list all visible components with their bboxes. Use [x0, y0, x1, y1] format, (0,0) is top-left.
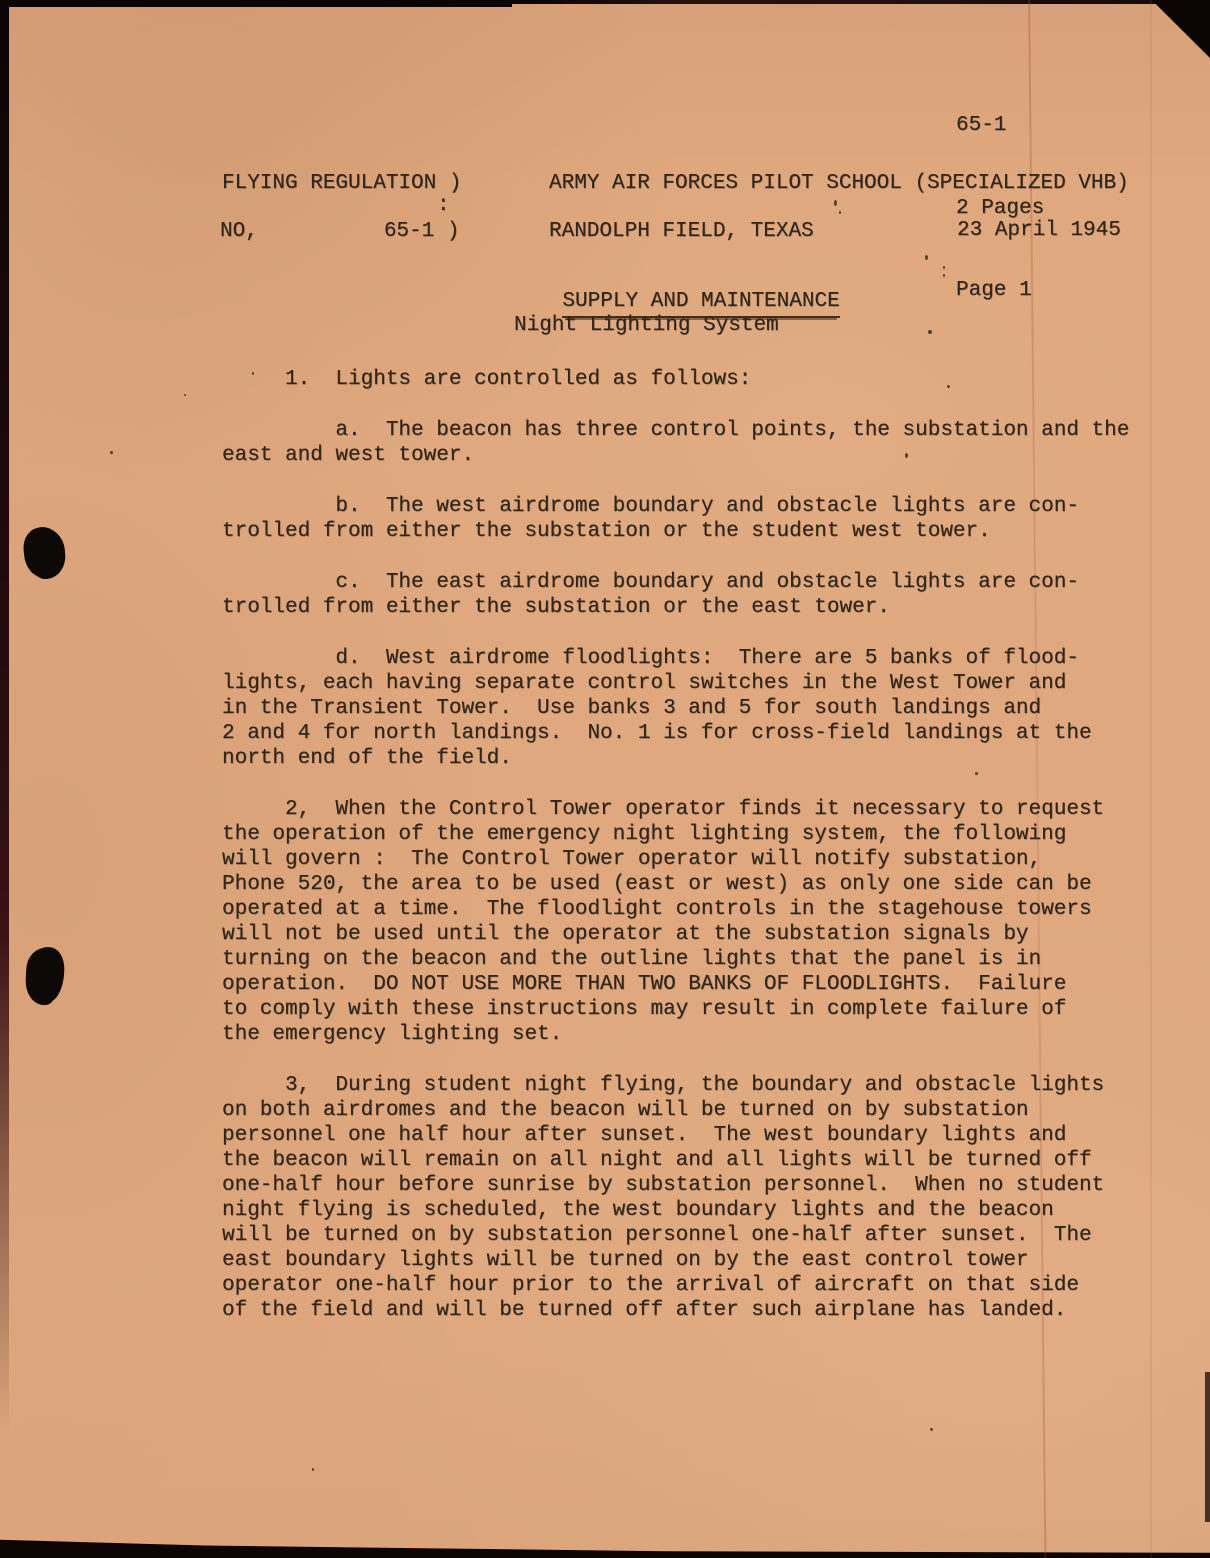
- ink-speck: [925, 255, 928, 260]
- page-edge-left: [0, 0, 9, 1435]
- ink-speck: [928, 330, 932, 334]
- page-edge-right: [1205, 1372, 1210, 1522]
- ink-blot-mark: [22, 526, 67, 578]
- paper-crease: [1150, 0, 1152, 1558]
- document-subtitle: Night Lighting System: [514, 313, 779, 338]
- ink-speck: [943, 274, 945, 277]
- page-corner-shadow: [1148, 0, 1210, 58]
- header-regulation-number: NO, 65-1 ): [220, 219, 459, 244]
- scanned-document-page: 65-1 2 Pages Page 1 FLYING REGULATION ) …: [0, 0, 1210, 1558]
- ink-speck: [834, 200, 837, 206]
- corner-id-block: 65-1 2 Pages Page 1: [956, 57, 1044, 360]
- ink-speck: [839, 211, 841, 214]
- ink-speck: [930, 1428, 933, 1431]
- header-school-name: ARMY AIR FORCES PILOT SCHOOL (SPECIALIZE…: [549, 171, 1129, 196]
- page-edge-bottom: [0, 1532, 1210, 1558]
- doc-number: 65-1: [956, 112, 1044, 140]
- page-number: Page 1: [956, 277, 1044, 305]
- header-separator-colon: :: [437, 193, 450, 218]
- header-date: 23 April 1945: [957, 218, 1121, 243]
- page-edge-top-shadow: [0, 0, 512, 7]
- paragraph-1d: d. West airdrome floodlights: There are …: [222, 646, 1129, 771]
- document-body: 1. Lights are controlled as follows: a. …: [222, 367, 1129, 1349]
- paragraph-1a: a. The beacon has three control points, …: [222, 418, 1129, 468]
- ink-blot-mark: [25, 947, 66, 1003]
- ink-speck: [184, 394, 186, 396]
- paragraph-2: 2, When the Control Tower operator finds…: [222, 797, 1129, 1047]
- paragraph-3: 3, During student night flying, the boun…: [222, 1073, 1129, 1323]
- header-regulation-label: FLYING REGULATION ): [222, 171, 461, 196]
- header-location: RANDOLPH FIELD, TEXAS: [549, 219, 814, 244]
- paragraph-1c: c. The east airdrome boundary and obstac…: [222, 570, 1129, 620]
- ink-speck: [943, 266, 945, 269]
- ink-speck: [312, 1468, 314, 1471]
- paragraph-1: 1. Lights are controlled as follows:: [222, 367, 1129, 392]
- paragraph-1b: b. The west airdrome boundary and obstac…: [222, 494, 1129, 544]
- ink-speck: [110, 451, 113, 454]
